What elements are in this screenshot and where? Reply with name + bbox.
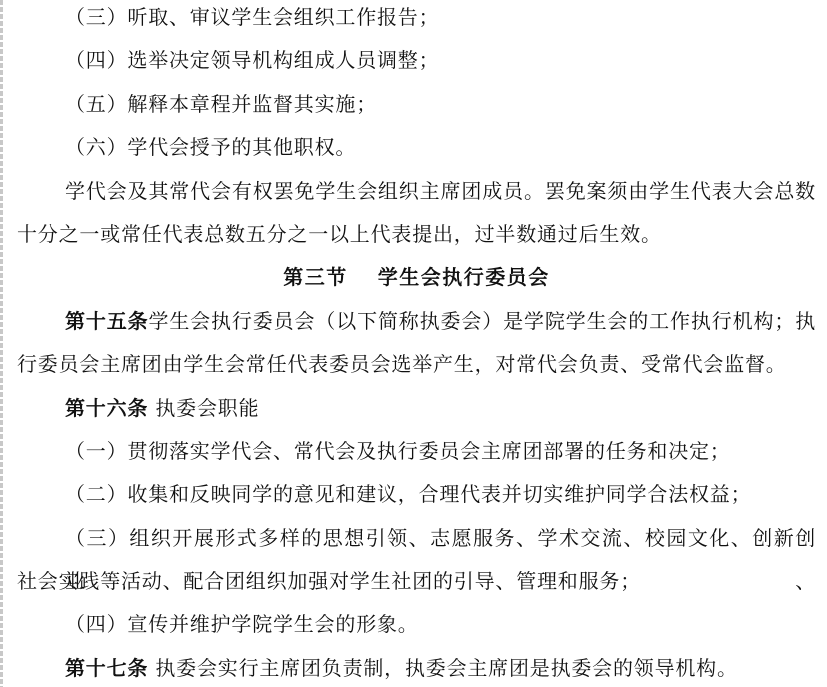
list-item: （四）选举决定领导机构组成人员调整； (17, 39, 816, 82)
article-17-text: 执委会实行主席团负责制，执委会主席团是执委会的领导机构。 (155, 656, 737, 680)
article-16-title: 执委会职能 (155, 396, 259, 420)
article-17: 第十七条 执委会实行主席团负责制，执委会主席团是执委会的领导机构。 (17, 647, 816, 687)
article-17-label: 第十七条 (65, 656, 148, 680)
article-15-text: 学生会执行委员会（以下简称执委会）是学院学生会的工作执行机构；执 (148, 309, 816, 333)
page-left-edge (0, 0, 3, 687)
document-body: （三）听取、审议学生会组织工作报告； （四）选举决定领导机构组成人员调整； （五… (17, 0, 816, 687)
recall-paragraph-line-1: 学代会及其常代会有权罢免学生会组织主席团成员。罢免案须由学生代表大会总数 (17, 170, 816, 213)
list-item: （三）组织开展形式多样的思想引领、志愿服务、学术交流、校园文化、创新创业、 (17, 517, 816, 560)
article-16-label: 第十六条 (65, 396, 148, 420)
section-title: 学生会执行委员会 (378, 265, 550, 289)
section-number: 第三节 (283, 265, 348, 289)
list-item: （一）贯彻落实学代会、常代会及执行委员会主席团部署的任务和决定； (17, 430, 816, 473)
article-16-heading: 第十六条 执委会职能 (17, 387, 816, 430)
list-item: （四）宣传并维护学院学生会的形象。 (17, 603, 816, 646)
list-item: （五）解释本章程并监督其实施； (17, 83, 816, 126)
recall-paragraph-line-2: 十分之一或常任代表总数五分之一以上代表提出，过半数通过后生效。 (17, 213, 816, 256)
list-item: （二）收集和反映同学的意见和建议，合理代表并切实维护同学合法权益； (17, 473, 816, 516)
article-15-line-2: 行委员会主席团由学生会常任代表委员会选举产生，对常代会负责、受常代会监督。 (17, 343, 816, 386)
section-heading: 第三节学生会执行委员会 (17, 256, 816, 299)
list-item: （三）听取、审议学生会组织工作报告； (17, 0, 816, 39)
list-item: （六）学代会授予的其他职权。 (17, 126, 816, 169)
article-15-label: 第十五条 (65, 309, 148, 333)
article-15-line-1: 第十五条学生会执行委员会（以下简称执委会）是学院学生会的工作执行机构；执 (17, 300, 816, 343)
